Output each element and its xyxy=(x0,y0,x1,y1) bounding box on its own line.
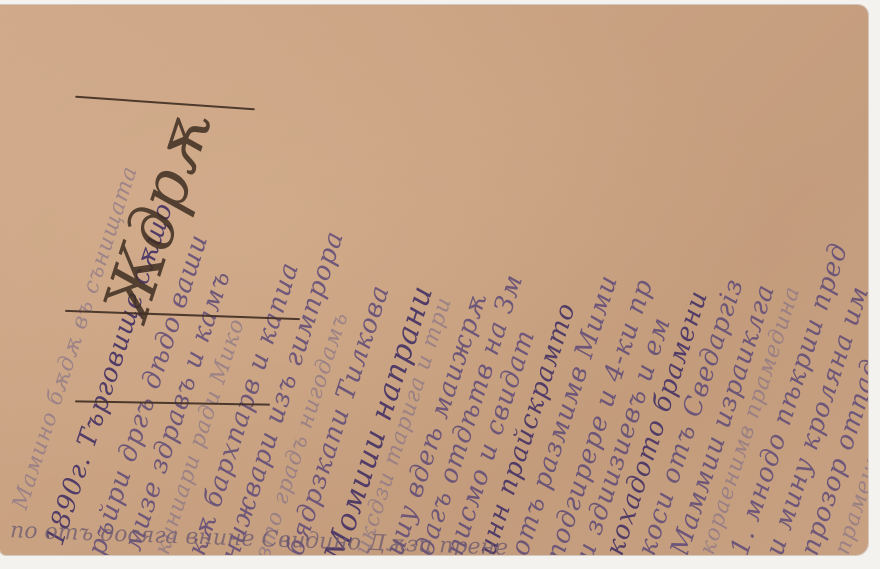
postcard: Мамино бѫдѫ въ сънищата 1890г. Търговище… xyxy=(0,5,868,555)
